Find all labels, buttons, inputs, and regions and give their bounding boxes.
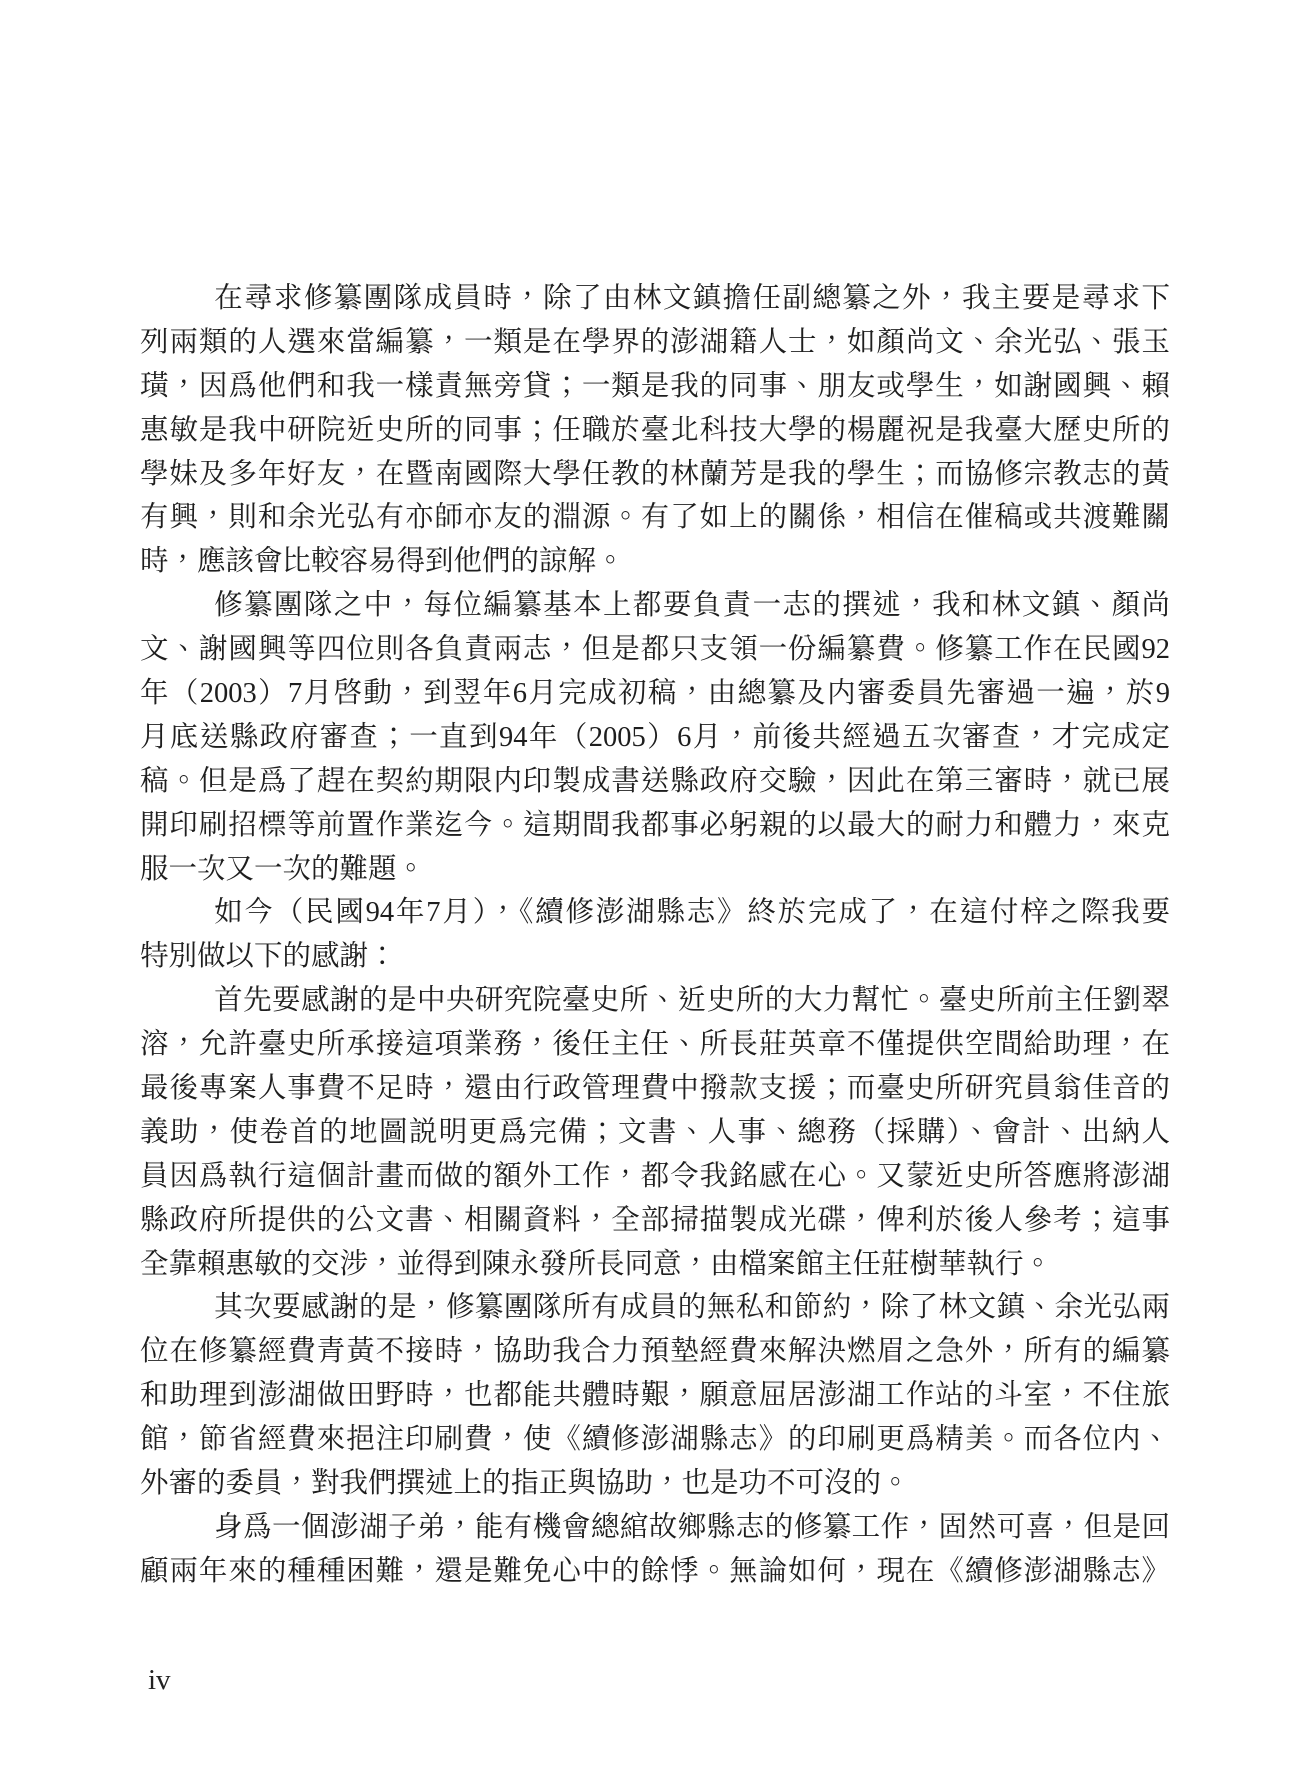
text-line: 和助理到澎湖做田野時，也都能共體時艱，願意屈居澎湖工作站的斗室，不住旅 [140, 1374, 1170, 1418]
text-line: 最後專案人事費不足時，還由行政管理費中撥款支援；而臺史所研究員翁佳音的 [140, 1067, 1170, 1111]
text-line: 溶，允許臺史所承接這項業務，後任主任、所長莊英章不僅提供空間給助理，在 [140, 1023, 1170, 1067]
body-text: 在尋求修纂團隊成員時，除了由林文鎮擔任副總纂之外，我主要是尋求下列兩類的人選來當… [140, 277, 1170, 1594]
text-line: 年（2003）7月啓動，到翌年6月完成初稿，由總纂及内審委員先審過一遍，於9 [140, 672, 1170, 716]
text-line: 位在修纂經費青黃不接時，協助我合力預墊經費來解決燃眉之急外，所有的編纂 [140, 1330, 1170, 1374]
text-line: 身爲一個澎湖子弟，能有機會總綰故鄉縣志的修纂工作，固然可喜，但是回 [140, 1506, 1170, 1550]
text-line: 學妹及多年好友，在暨南國際大學任教的林蘭芳是我的學生；而協修宗教志的黃 [140, 453, 1170, 497]
text-line: 顧兩年來的種種困難，還是難免心中的餘悸。無論如何，現在《續修澎湖縣志》 [140, 1550, 1170, 1594]
text-line: 有興，則和余光弘有亦師亦友的淵源。有了如上的關係，相信在催稿或共渡難關 [140, 496, 1170, 540]
text-line: 外審的委員，對我們撰述上的指正與協助，也是功不可沒的。 [140, 1462, 1170, 1506]
text-line: 列兩類的人選來當編纂，一類是在學界的澎湖籍人士，如顏尚文、余光弘、張玉 [140, 321, 1170, 365]
page-footer: iv [148, 1660, 171, 1700]
text-line: 璜，因爲他們和我一樣責無旁貸；一類是我的同事、朋友或學生，如謝國興、賴 [140, 365, 1170, 409]
text-line: 首先要感謝的是中央研究院臺史所、近史所的大力幫忙。臺史所前主任劉翠 [140, 979, 1170, 1023]
text-line: 全靠賴惠敏的交涉，並得到陳永發所長同意，由檔案館主任莊樹華執行。 [140, 1243, 1170, 1287]
text-line: 縣政府所提供的公文書、相關資料，全部掃描製成光碟，俾利於後人參考；這事 [140, 1199, 1170, 1243]
text-line: 如今（民國94年7月），《續修澎湖縣志》終於完成了，在這付梓之際我要 [140, 891, 1170, 935]
text-line: 特別做以下的感謝： [140, 935, 1170, 979]
document-page: 在尋求修纂團隊成員時，除了由林文鎮擔任副總纂之外，我主要是尋求下列兩類的人選來當… [0, 0, 1300, 1779]
text-line: 在尋求修纂團隊成員時，除了由林文鎮擔任副總纂之外，我主要是尋求下 [140, 277, 1170, 321]
text-line: 服一次又一次的難題。 [140, 848, 1170, 892]
text-line: 其次要感謝的是，修纂團隊所有成員的無私和節約，除了林文鎮、余光弘兩 [140, 1286, 1170, 1330]
text-line: 館，節省經費來挹注印刷費，使《續修澎湖縣志》的印刷更爲精美。而各位内、 [140, 1418, 1170, 1462]
text-line: 義助，使卷首的地圖説明更爲完備；文書、人事、總務（採購）、會計、出納人 [140, 1111, 1170, 1155]
text-line: 時，應該會比較容易得到他們的諒解。 [140, 540, 1170, 584]
text-line: 修纂團隊之中，每位編纂基本上都要負責一志的撰述，我和林文鎮、顏尚 [140, 584, 1170, 628]
page-number: iv [148, 1664, 171, 1696]
text-line: 文、謝國興等四位則各負責兩志，但是都只支領一份編纂費。修纂工作在民國92 [140, 628, 1170, 672]
text-line: 稿。但是爲了趕在契約期限内印製成書送縣政府交驗，因此在第三審時，就已展 [140, 760, 1170, 804]
text-line: 惠敏是我中研院近史所的同事；任職於臺北科技大學的楊麗祝是我臺大歷史所的 [140, 409, 1170, 453]
text-line: 員因爲執行這個計畫而做的額外工作，都令我銘感在心。又蒙近史所答應將澎湖 [140, 1155, 1170, 1199]
text-line: 月底送縣政府審查；一直到94年（2005）6月，前後共經過五次審查，才完成定 [140, 716, 1170, 760]
text-line: 開印刷招標等前置作業迄今。這期間我都事必躬親的以最大的耐力和體力，來克 [140, 804, 1170, 848]
